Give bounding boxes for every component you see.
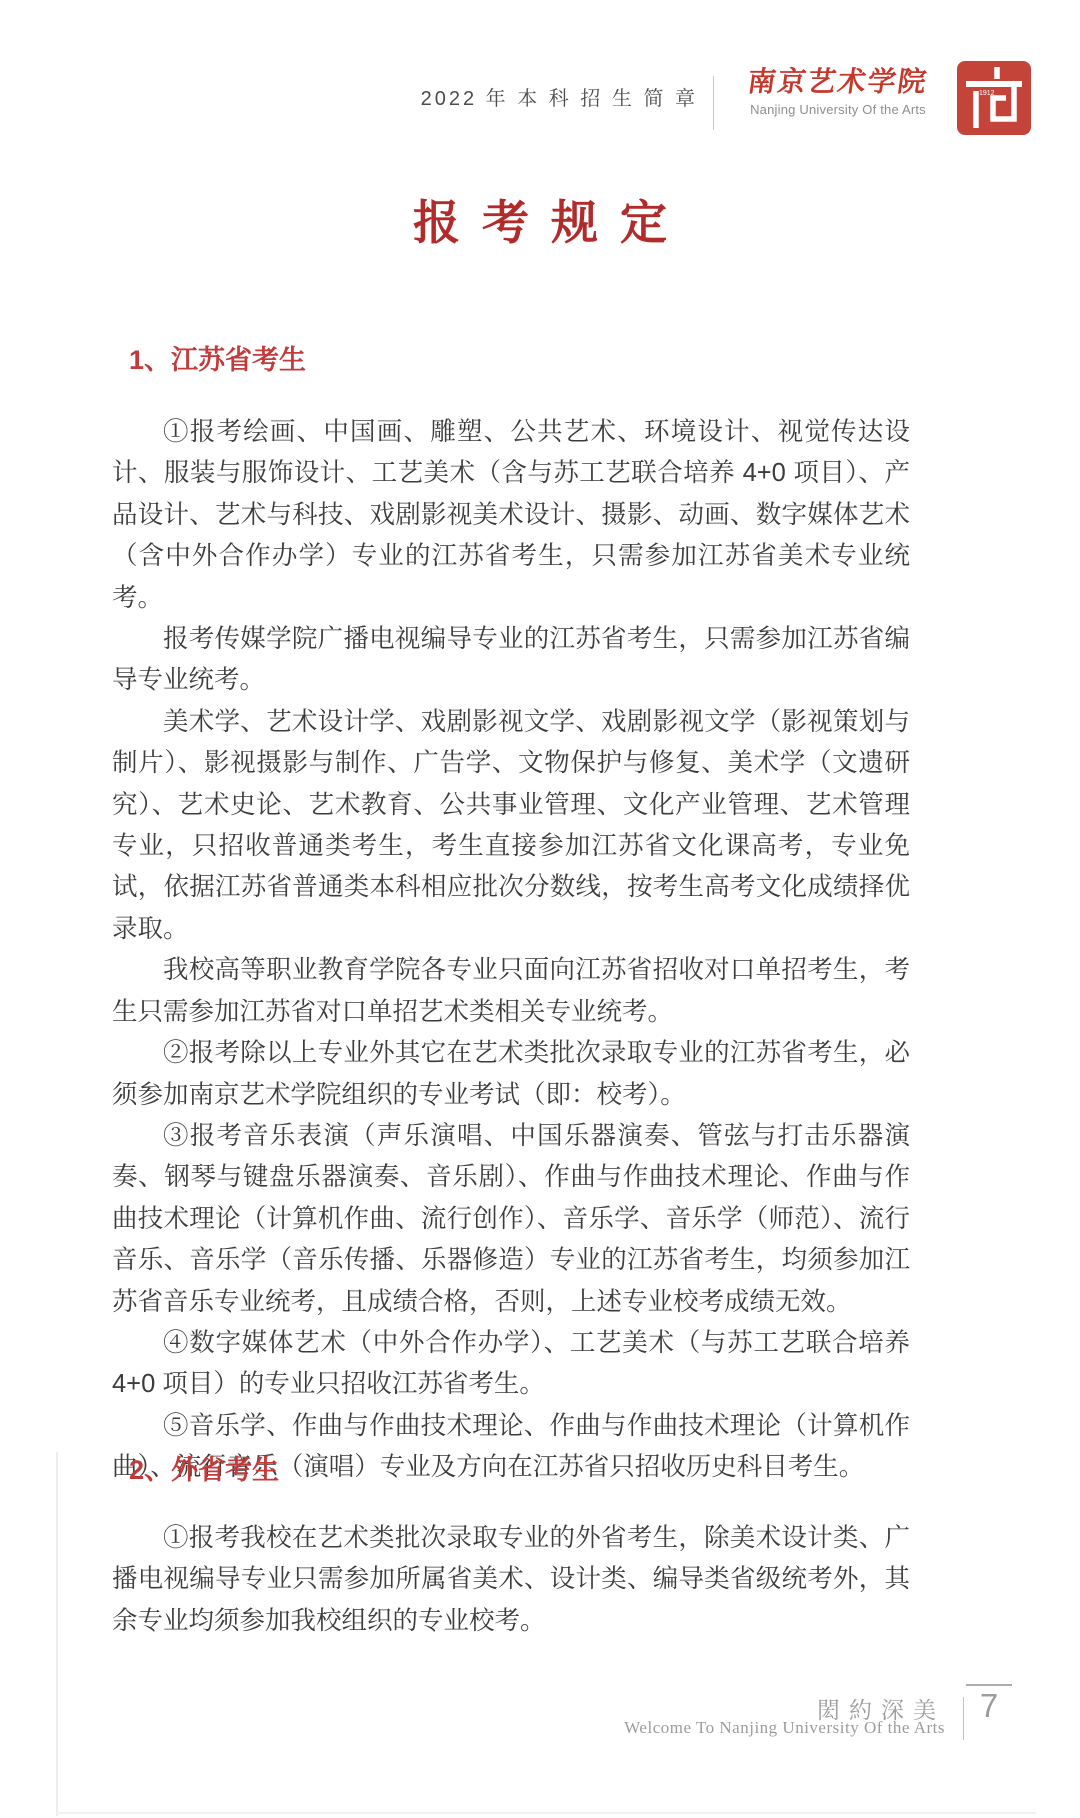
page-edge-line-bottom: [56, 1812, 1036, 1814]
header-divider: [713, 76, 714, 130]
university-name-en: Nanjing University Of the Arts: [731, 102, 945, 117]
footer-welcome-text: Welcome To Nanjing University Of the Art…: [624, 1718, 945, 1738]
body-paragraph: ③报考音乐表演（声乐演唱、中国乐器演奏、管弦与打击乐器演奏、钢琴与键盘乐器演奏、…: [112, 1116, 910, 1323]
university-name-cn: 南京艺术学院: [728, 60, 948, 100]
edition-title: 2022 年 本 科 招 生 简 章: [421, 82, 698, 111]
seal-year-text: 1912: [979, 90, 995, 97]
section-body-jiangsu: ①报考绘画、中国画、雕塑、公共艺术、环境设计、视觉传达设计、服装与服饰设计、工艺…: [112, 412, 910, 1489]
section-body-other-province: ①报考我校在艺术类批次录取专业的外省考生，除美术设计类、广播电视编导专业只需参加…: [112, 1518, 910, 1642]
body-paragraph: ②报考除以上专业外其它在艺术类批次录取专业的江苏省考生，必须参加南京艺术学院组织…: [112, 1033, 910, 1116]
body-paragraph: 报考传媒学院广播电视编导专业的江苏省考生，只需参加江苏省编导专业统考。: [112, 619, 910, 702]
body-paragraph: ①报考绘画、中国画、雕塑、公共艺术、环境设计、视觉传达设计、服装与服饰设计、工艺…: [112, 412, 910, 619]
section-heading-jiangsu: 1、江苏省考生: [129, 338, 306, 377]
body-paragraph: ④数字媒体艺术（中外合作办学）、工艺美术（与苏工艺联合培养 4+0 项目）的专业…: [112, 1323, 910, 1406]
section-heading-other-province: 2、外省考生: [129, 1448, 279, 1487]
university-logo: 南京艺术学院 Nanjing University Of the Arts: [731, 60, 945, 117]
body-paragraph: ①报考我校在艺术类批次录取专业的外省考生，除美术设计类、广播电视编导专业只需参加…: [112, 1518, 910, 1642]
body-paragraph: 我校高等职业教育学院各专业只面向江苏省招收对口单招考生，考生只需参加江苏省对口单…: [112, 950, 910, 1033]
page-number: 7: [966, 1688, 1012, 1724]
university-seal-icon: 1912: [956, 60, 1032, 136]
page-number-rule: [966, 1684, 1012, 1686]
footer-divider: [963, 1697, 964, 1740]
page-title: 报考规定: [0, 186, 1080, 253]
page-edge-line-left: [56, 1452, 58, 1816]
page-number-block: 7: [966, 1684, 1012, 1724]
body-paragraph: 美术学、艺术设计学、戏剧影视文学、戏剧影视文学（影视策划与制片）、影视摄影与制作…: [112, 702, 910, 950]
